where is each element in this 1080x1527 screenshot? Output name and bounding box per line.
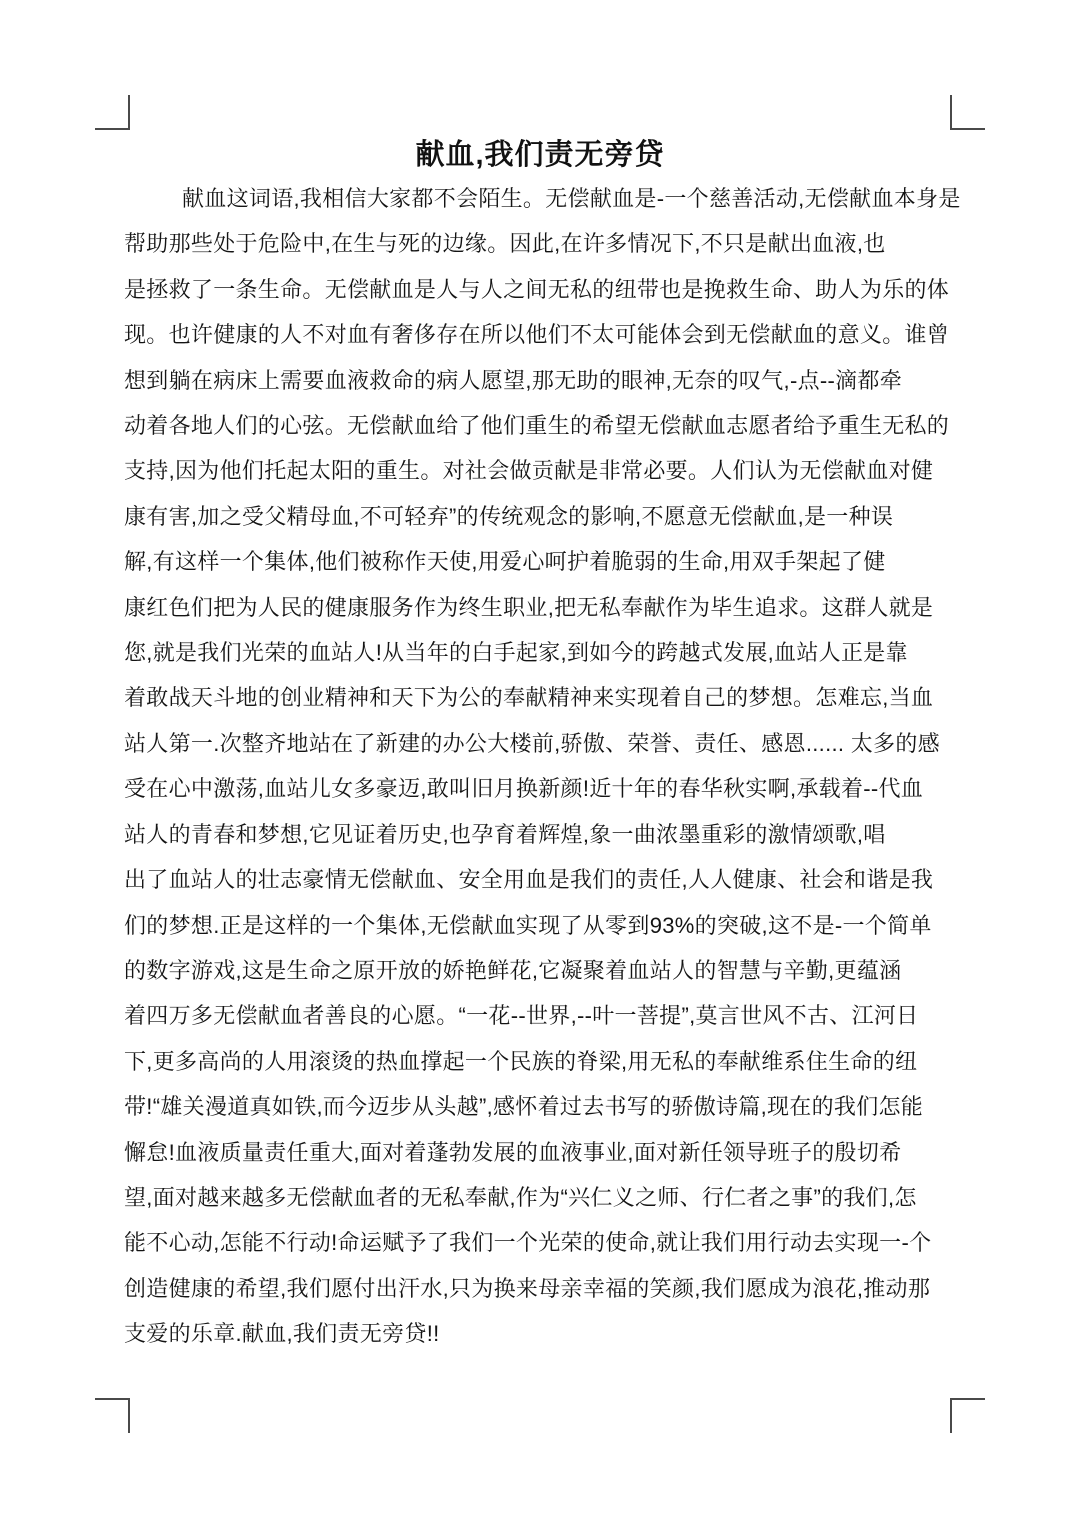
margin-mark-top-left (95, 95, 130, 130)
paragraph-line: 下,更多高尚的人用滚烫的热血撑起一个民族的脊梁,用无私的奉献维系住生命的纽 (124, 1039, 950, 1084)
paragraph-line: 着敢战天斗地的创业精神和天下为公的奉献精神来实现着自己的梦想。怎难忘,当血 (124, 675, 950, 720)
margin-mark-bottom-left (95, 1398, 130, 1433)
paragraph-line: 创造健康的希望,我们愿付出汗水,只为换来母亲幸福的笑颜,我们愿成为浪花,推动那 (124, 1266, 950, 1311)
paragraph-line: 望,面对越来越多无偿献血者的无私奉献,作为“兴仁义之师、行仁者之事”的我们,怎 (124, 1175, 950, 1220)
paragraph-line: 受在心中激荡,血站儿女多豪迈,敢叫旧月换新颜!近十年的春华秋实啊,承载着--代血 (124, 766, 950, 811)
document-page: 献血,我们责无旁贷 献血这词语,我相信大家都不会陌生。无偿献血是-一个慈善活动,… (0, 0, 1080, 1527)
paragraph-line: 出了血站人的壮志豪情无偿献血、安全用血是我们的责任,人人健康、社会和谐是我 (124, 857, 950, 902)
paragraph-line: 能不心动,怎能不行动!命运赋予了我们一个光荣的使命,就让我们用行动去实现一-个 (124, 1220, 950, 1265)
paragraph-line: 着四万多无偿献血者善良的心愿。“一花--世界,--叶一菩提”,莫言世风不古、江河… (124, 993, 950, 1038)
paragraph-line: 动着各地人们的心弦。无偿献血给了他们重生的希望无偿献血志愿者给予重生无私的 (124, 403, 950, 448)
margin-mark-top-right (950, 95, 985, 130)
paragraph-line: 支爱的乐章.献血,我们责无旁贷!! (124, 1311, 950, 1356)
paragraph-line: 支持,因为他们托起太阳的重生。对社会做贡献是非常必要。人们认为无偿献血对健 (124, 448, 950, 493)
paragraph-line: 的数字游戏,这是生命之原开放的娇艳鲜花,它凝聚着血站人的智慧与辛勤,更蕴涵 (124, 948, 950, 993)
paragraph-line: 解,有这样一个集体,他们被称作天使,用爱心呵护着脆弱的生命,用双手架起了健 (124, 539, 950, 584)
paragraph-line: 懈怠!血液质量责任重大,面对着蓬勃发展的血液事业,面对新任领导班子的殷切希 (124, 1130, 950, 1175)
paragraph-line: 站人第一.次整齐地站在了新建的办公大楼前,骄傲、荣誉、责任、感恩...... 太… (124, 721, 950, 766)
paragraph-line: 帮助那些处于危险中,在生与死的边缘。因此,在许多情况下,不只是献出血液,也 (124, 221, 950, 266)
paragraph-line: 是拯救了一条生命。无偿献血是人与人之间无私的纽带也是挽救生命、助人为乐的体 (124, 267, 950, 312)
paragraph-line: 站人的青春和梦想,它见证着历史,也孕育着辉煌,象一曲浓墨重彩的激情颂歌,唱 (124, 812, 950, 857)
paragraph-line: 康红色们把为人民的健康服务作为终生职业,把无私奉献作为毕生追求。这群人就是 (124, 585, 950, 630)
paragraph-line: 献血这词语,我相信大家都不会陌生。无偿献血是-一个慈善活动,无偿献血本身是 (124, 176, 950, 221)
paragraph-line: 带!“雄关漫道真如铁,而今迈步从头越”,感怀着过去书写的骄傲诗篇,现在的我们怎能 (124, 1084, 950, 1129)
paragraph-line: 现。也许健康的人不对血有奢侈存在所以他们不太可能体会到无偿献血的意义。谁曾 (124, 312, 950, 357)
document-title: 献血,我们责无旁贷 (0, 132, 1080, 173)
paragraph-line: 康有害,加之受父精母血,不可轻弃”的传统观念的影响,不愿意无偿献血,是一种误 (124, 494, 950, 539)
paragraph-line: 您,就是我们光荣的血站人!从当年的白手起家,到如今的跨越式发展,血站人正是靠 (124, 630, 950, 675)
document-body: 献血这词语,我相信大家都不会陌生。无偿献血是-一个慈善活动,无偿献血本身是 帮助… (124, 176, 950, 1357)
paragraph-line: 们的梦想.正是这样的一个集体,无偿献血实现了从零到93%的突破,这不是-一个简单 (124, 903, 950, 948)
margin-mark-bottom-right (950, 1398, 985, 1433)
paragraph-line: 想到躺在病床上需要血液救命的病人愿望,那无助的眼神,无奈的叹气,-点--滴都牵 (124, 358, 950, 403)
